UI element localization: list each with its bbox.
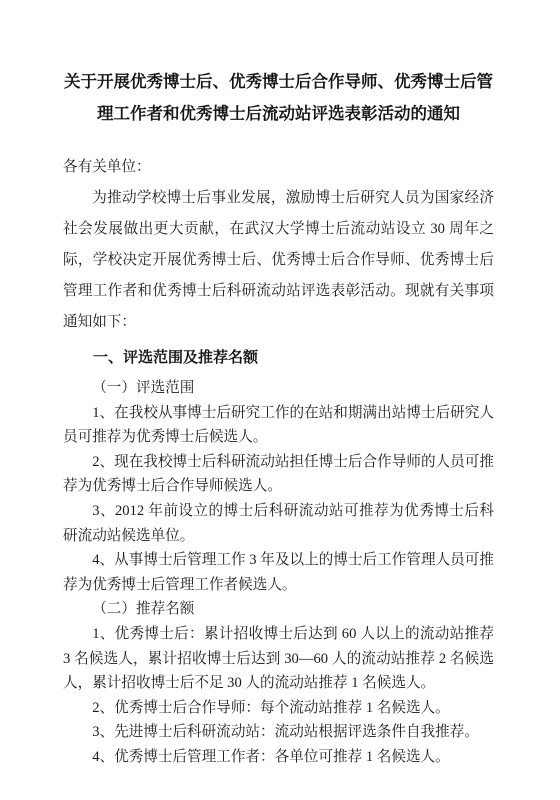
list-item: 2、现在我校博士后科研流动站担任博士后合作导师的人员可推荐为优秀博士后合作导师候… (63, 450, 494, 499)
list-item: 1、在我校从事博士后研究工作的在站和期满出站博士后研究人员可推荐为优秀博士后候选… (63, 401, 494, 450)
document-page: 关于开展优秀博士后、优秀博士后合作导师、优秀博士后管理工作者和优秀博士后流动站评… (0, 0, 560, 800)
list-item: 3、先进博士后科研流动站：流动站根据评选条件自我推荐。 (63, 720, 494, 745)
list-item: 3、2012 年前设立的博士后科研流动站可推荐为优秀博士后科研流动站候选单位。 (63, 499, 494, 548)
intro-paragraph: 为推动学校博士后事业发展，激励博士后研究人员为国家经济社会发展做出更大贡献，在武… (63, 183, 494, 338)
list-item: 4、优秀博士后管理工作者：各单位可推荐 1 名候选人。 (63, 745, 494, 770)
subsection-heading-1: （一）评选范围 (63, 376, 494, 401)
salutation: 各有关单位： (63, 152, 494, 183)
list-item: 2、优秀博士后合作导师：每个流动站推荐 1 名候选人。 (63, 696, 494, 721)
subsection-heading-2: （二）推荐名额 (63, 597, 494, 622)
list-item: 4、从事博士后管理工作 3 年及以上的博士后工作管理人员可推荐为优秀博士后管理工… (63, 548, 494, 597)
page-title: 关于开展优秀博士后、优秀博士后合作导师、优秀博士后管理工作者和优秀博士后流动站评… (63, 66, 494, 130)
list-item: 1、优秀博士后：累计招收博士后达到 60 人以上的流动站推荐 3 名候选人，累计… (63, 622, 494, 696)
section-heading: 一、评选范围及推荐名额 (63, 345, 494, 371)
